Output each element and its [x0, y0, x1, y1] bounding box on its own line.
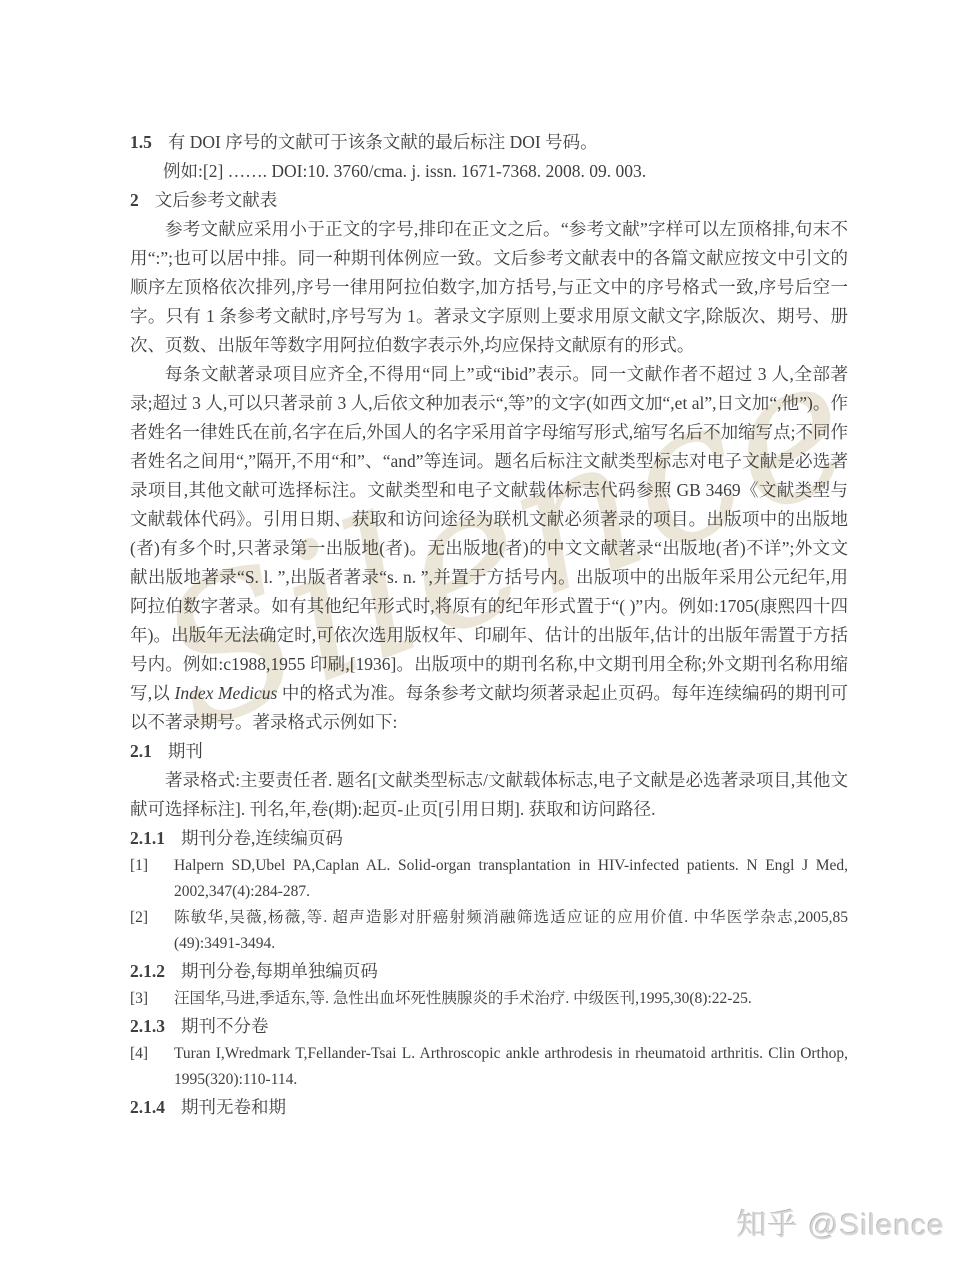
- reference-item: [1] Halpern SD,Ubel PA,Caplan AL. Solid-…: [130, 853, 848, 905]
- section-number: 2.1.4: [130, 1093, 165, 1122]
- paragraph-text: 每条文献著录项目应齐全,不得用“同上”或“ibid”表示。同一文献作者不超过 3…: [130, 364, 848, 703]
- reference-marker: [2]: [130, 905, 174, 957]
- section-2-heading: 2文后参考文献表: [130, 186, 848, 215]
- reference-text: Halpern SD,Ubel PA,Caplan AL. Solid-orga…: [174, 853, 848, 905]
- reference-item: [4] Turan I,Wredmark T,Fellander-Tsai L.…: [130, 1041, 848, 1093]
- zhihu-watermark: 知乎 @Silence: [737, 1200, 945, 1244]
- section-title: 有 DOI 序号的文献可于该条文献的最后标注 DOI 号码。: [168, 132, 598, 152]
- doi-example-line: 例如:[2] ……. DOI:10. 3760/cma. j. issn. 16…: [130, 157, 848, 186]
- paragraph-recording-rules: 每条文献著录项目应齐全,不得用“同上”或“ibid”表示。同一文献作者不超过 3…: [130, 360, 848, 737]
- reference-text: Turan I,Wredmark T,Fellander-Tsai L. Art…: [174, 1041, 848, 1093]
- section-2-1-heading: 2.1期刊: [130, 737, 848, 766]
- reference-marker: [3]: [130, 986, 174, 1012]
- section-2-1-2-heading: 2.1.2期刊分卷,每期单独编页码: [130, 957, 848, 986]
- reference-item: [3] 汪国华,马进,季适东,等. 急性出血坏死性胰腺炎的手术治疗. 中级医刊,…: [130, 986, 848, 1012]
- section-title: 期刊分卷,每期单独编页码: [181, 961, 378, 981]
- section-title: 期刊: [168, 741, 203, 761]
- section-number: 2.1.1: [130, 824, 165, 853]
- section-title: 期刊分卷,连续编页码: [181, 828, 343, 848]
- section-number: 2.1: [130, 737, 152, 766]
- reference-item: [2] 陈敏华,吴薇,杨薇,等. 超声造影对肝癌射频消融筛选适应证的应用价值. …: [130, 905, 848, 957]
- paragraph-reference-list-rules: 参考文献应采用小于正文的字号,排印在正文之后。“参考文献”字样可以左顶格排,句末…: [130, 215, 848, 360]
- reference-text: 汪国华,马进,季适东,等. 急性出血坏死性胰腺炎的手术治疗. 中级医刊,1995…: [174, 986, 848, 1012]
- reference-marker: [4]: [130, 1041, 174, 1093]
- section-number: 1.5: [130, 128, 152, 157]
- document-page: { "colors": { "background": "#ffffff", "…: [0, 0, 971, 1264]
- section-2-1-3-heading: 2.1.3期刊不分卷: [130, 1012, 848, 1041]
- section-number: 2: [130, 186, 139, 215]
- section-title: 文后参考文献表: [155, 190, 278, 210]
- section-2-1-4-heading: 2.1.4期刊无卷和期: [130, 1093, 848, 1122]
- document-content: 1.5有 DOI 序号的文献可于该条文献的最后标注 DOI 号码。 例如:[2]…: [130, 128, 848, 1122]
- recording-format-paragraph: 著录格式:主要责任者. 题名[文献类型标志/文献载体标志,电子文献是必选著录项目…: [130, 766, 848, 824]
- section-2-1-1-heading: 2.1.1期刊分卷,连续编页码: [130, 824, 848, 853]
- reference-marker: [1]: [130, 853, 174, 905]
- journal-index-name: Index Medicus: [175, 683, 278, 703]
- section-number: 2.1.3: [130, 1012, 165, 1041]
- section-title: 期刊不分卷: [181, 1016, 269, 1036]
- reference-text: 陈敏华,吴薇,杨薇,等. 超声造影对肝癌射频消融筛选适应证的应用价值. 中华医学…: [174, 905, 848, 957]
- section-title: 期刊无卷和期: [181, 1097, 286, 1117]
- section-number: 2.1.2: [130, 957, 165, 986]
- section-1-5-heading: 1.5有 DOI 序号的文献可于该条文献的最后标注 DOI 号码。: [130, 128, 848, 157]
